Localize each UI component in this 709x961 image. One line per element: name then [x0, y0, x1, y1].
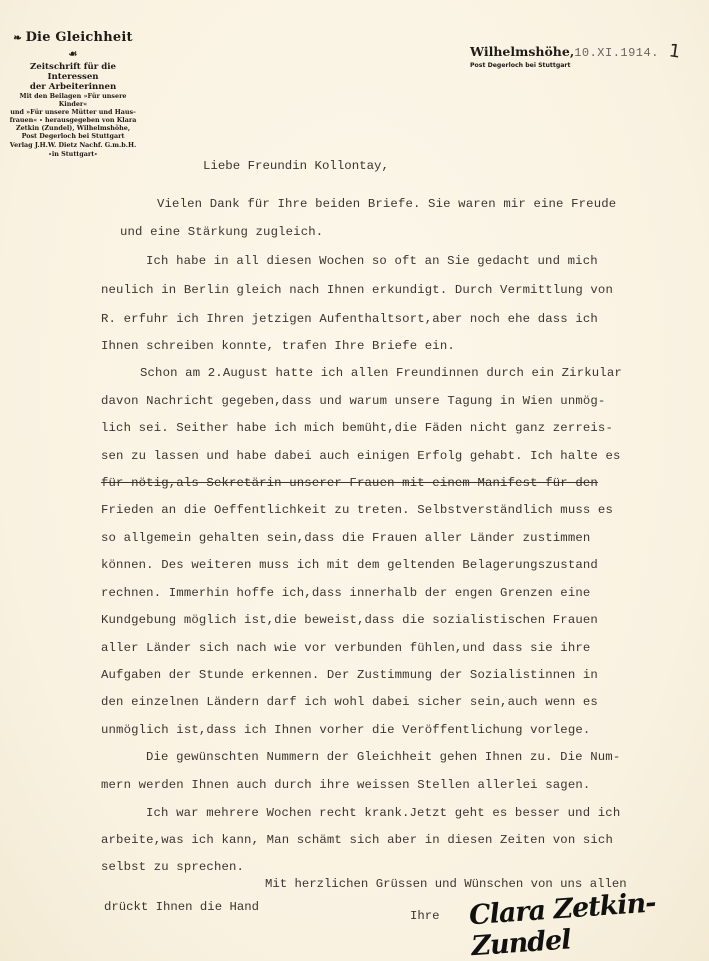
text-line-struck: für nötig,als Sekretärin unserer Frauen …	[101, 476, 598, 490]
page-number: 1	[668, 40, 682, 62]
text-line: arbeite,was ich kann, Man schämt sich ab…	[101, 833, 613, 847]
text-line: selbst zu sprechen.	[101, 860, 244, 874]
text-line: Vielen Dank für Ihre beiden Briefe. Sie …	[157, 197, 616, 211]
letterhead-publisher-city: ∘in Stuttgart∘	[8, 150, 138, 158]
text-line: Ihnen schreiben konnte, trafen Ihre Brie…	[101, 339, 455, 353]
letterhead-detail: Zetkin (Zundel), Wilhelmshöhe,	[8, 124, 138, 132]
text-line: so allgemein gehalten sein,dass die Frau…	[101, 531, 590, 545]
letterhead-publisher: Verlag J.H.W. Dietz Nachf. G.m.b.H.	[8, 141, 138, 149]
ornament-icon: ☙	[68, 49, 77, 60]
text-line: den einzelnen Ländern darf ich wohl dabe…	[101, 695, 598, 709]
text-line: Ich war mehrere Wochen recht krank.Jetzt…	[146, 806, 620, 820]
text-line: Ich habe in all diesen Wochen so oft an …	[146, 254, 598, 268]
handwritten-signature: Clara Zetkin-Zundel	[468, 884, 709, 961]
date: 10.XI.1914.	[574, 46, 659, 60]
text-line: sen zu lassen und habe dabei auch einige…	[101, 449, 621, 463]
letterhead-subtitle: Zeitschrift für die Interessen	[8, 62, 138, 82]
newspaper-name: Die Gleichheit	[26, 30, 133, 45]
closing-yours: Ihre	[410, 909, 440, 923]
letter-page: ❧ Die Gleichheit ☙ Zeitschrift für die I…	[0, 0, 709, 961]
text-line: lich sei. Seither habe ich mich bemüht,d…	[101, 421, 613, 435]
place-date-block: Wilhelmshöhe,10.XI.1914. Post Degerloch …	[470, 43, 659, 69]
text-line: neulich in Berlin gleich nach Ihnen erku…	[101, 283, 613, 297]
letterhead-detail: und »Für unsere Mütter und Haus-	[8, 108, 138, 116]
letterhead-subtitle: der Arbeiterinnen	[8, 82, 138, 92]
text-line: Die gewünschten Nummern der Gleichheit g…	[146, 750, 620, 764]
salutation: Liebe Freundin Kollontay,	[203, 159, 389, 173]
text-line: davon Nachricht gegeben,dass und warum u…	[101, 394, 605, 408]
text-line: Aufgaben der Stunde erkennen. Der Zustim…	[101, 668, 598, 682]
letterhead-title: ❧ Die Gleichheit ☙	[8, 30, 138, 62]
text-line: unmöglich ist,dass ich Ihnen vorher die …	[101, 723, 590, 737]
text-line: R. erfuhr ich Ihren jetzigen Aufenthalts…	[101, 312, 598, 326]
text-line: mern werden Ihnen auch durch ihre weisse…	[101, 778, 590, 792]
postal-address: Post Degerloch bei Stuttgart	[470, 62, 659, 69]
text-line: können. Des weiteren muss ich mit dem ge…	[101, 558, 598, 572]
text-line: rechnen. Immerhin hoffe ich,dass innerha…	[101, 586, 590, 600]
text-line: und eine Stärkung zugleich.	[120, 225, 323, 239]
closing-greeting: Mit herzlichen Grüssen und Wünschen von …	[265, 877, 627, 891]
letterhead: ❧ Die Gleichheit ☙ Zeitschrift für die I…	[8, 30, 138, 158]
letterhead-detail: frauen« ∘ herausgegeben von Klara	[8, 116, 138, 124]
ornament-icon: ❧	[13, 33, 25, 44]
text-line: Frieden an die Oeffentlichkeit zu treten…	[101, 503, 613, 517]
closing-line: drückt Ihnen die Hand	[104, 900, 259, 914]
text-line: Schon am 2.August hatte ich allen Freund…	[140, 366, 622, 380]
text-line: aller Länder sich nach wie vor verbunden…	[101, 641, 590, 655]
place: Wilhelmshöhe,	[470, 44, 574, 59]
letterhead-detail: Mit den Beilagen »Für unsere Kinder«	[8, 92, 138, 108]
letterhead-detail: Post Degerloch bei Stuttgart	[8, 132, 138, 140]
text-line: Kundgebung möglich ist,die beweist,dass …	[101, 613, 598, 627]
